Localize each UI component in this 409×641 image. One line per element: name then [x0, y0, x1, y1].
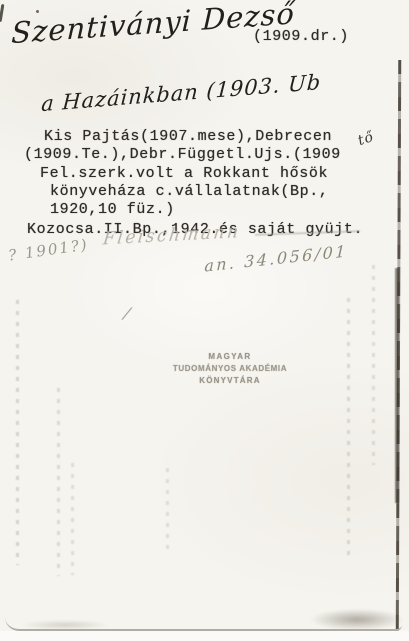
stamp-line: MAGYAR [150, 351, 310, 363]
bleed-through-column [372, 265, 375, 465]
typed-line: (1909.Te.),Debr.Függetl.Ujs.(1909 [24, 146, 341, 163]
stray-pen-mark: / [122, 304, 132, 325]
typed-line: 1920,10 füz.) [50, 201, 175, 218]
scan-shadow-smudge [20, 620, 110, 630]
scan-corner-mark [0, 4, 4, 22]
author-year-typed: (1909.dr.) [253, 28, 349, 45]
card-right-edge-shadow [395, 268, 399, 503]
handwritten-note: a Hazáinkban (1903. Ub [41, 70, 322, 116]
bleed-through-column [347, 298, 350, 560]
bleed-through-column [16, 300, 19, 565]
scan-shadow-smudge [300, 604, 404, 630]
library-stamp: MAGYAR TUDOMÁNYOS AKADÉMIA KÖNYVTÁRA [150, 351, 310, 387]
stamp-line: KÖNYVTÁRA [150, 375, 310, 387]
handwritten-margin-mark: tő [356, 129, 376, 149]
catalog-card-scan: Szentiványi Dezső (1909.dr.) a Hazáinkba… [0, 0, 409, 641]
ink-dot [36, 10, 39, 13]
bleed-through-column [71, 463, 74, 575]
bleed-through-column [57, 388, 60, 576]
stamp-line: TUDOMÁNYOS AKADÉMIA [150, 363, 310, 375]
scan-background [0, 631, 409, 641]
typed-line: könyveháza c.vállalatnak(Bp., [50, 183, 328, 200]
typed-line: Kis Pajtás(1907.mese),Debrecen [44, 128, 332, 145]
accession-number-handwritten: an. 34.056/01 [204, 241, 348, 275]
bleed-through-column [166, 468, 169, 550]
pencil-query-note: ? 1901?) [7, 235, 90, 264]
typed-line: Fel.szerk.volt a Rokkant hősök [40, 165, 328, 182]
